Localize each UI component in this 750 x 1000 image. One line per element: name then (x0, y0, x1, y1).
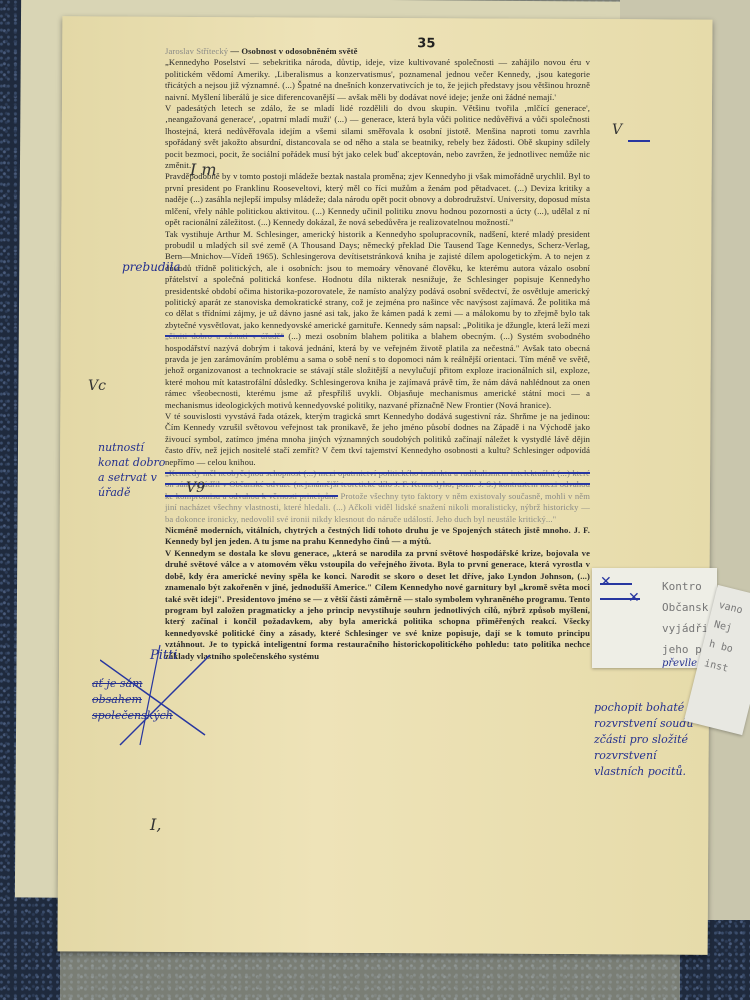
margin-note: nutností konat dobro a setrvat v úřadě (98, 440, 168, 500)
slip-handwritten: převlle (662, 658, 697, 669)
margin-note: prebudila (122, 260, 180, 274)
strike-line (600, 583, 632, 585)
struck-quote: „činiti dobro a zůstati v úřadě" (165, 331, 284, 341)
margin-note: I, (150, 815, 161, 834)
margin-note: Vc (88, 378, 106, 394)
margin-note: I m (190, 160, 217, 179)
pasted-slip: ✕ ✕ Kontro Občansk vyjádři jeho po převl… (592, 568, 717, 668)
author-name: Jaroslav Střítecký (165, 46, 228, 56)
margin-note: V9 (186, 480, 205, 496)
article-heading: Jaroslav Střítecký — Osobnost v odosobně… (165, 46, 590, 57)
underline-mark (628, 140, 650, 142)
paragraph: „Kennedyho Poselství — sebekritika národ… (165, 57, 590, 103)
document-body: Jaroslav Střítecký — Osobnost v odosobně… (165, 46, 590, 662)
margin-note: V (612, 122, 622, 138)
paragraph: Pravděpodobně by v tomto postoji mládeže… (165, 171, 590, 228)
x-mark-icon: ✕ (628, 590, 640, 606)
cross-out-mark (100, 640, 240, 750)
paragraph: V té souvislosti vyvstává řada otázek, k… (165, 411, 590, 468)
article-title: — Osobnost v odosobněném světě (228, 46, 357, 56)
struck-paragraph: „Kennedy měl neobyčejnou schopnost (...)… (165, 468, 590, 525)
paragraph: Tak vystihuje Arthur M. Schlesinger, ame… (165, 229, 590, 412)
x-mark-icon: ✕ (600, 574, 612, 590)
paragraph: Nicméně moderních, vitálních, chytrých a… (165, 525, 590, 548)
paragraph: V padesátých letech se zdálo, že se mlad… (165, 103, 590, 171)
